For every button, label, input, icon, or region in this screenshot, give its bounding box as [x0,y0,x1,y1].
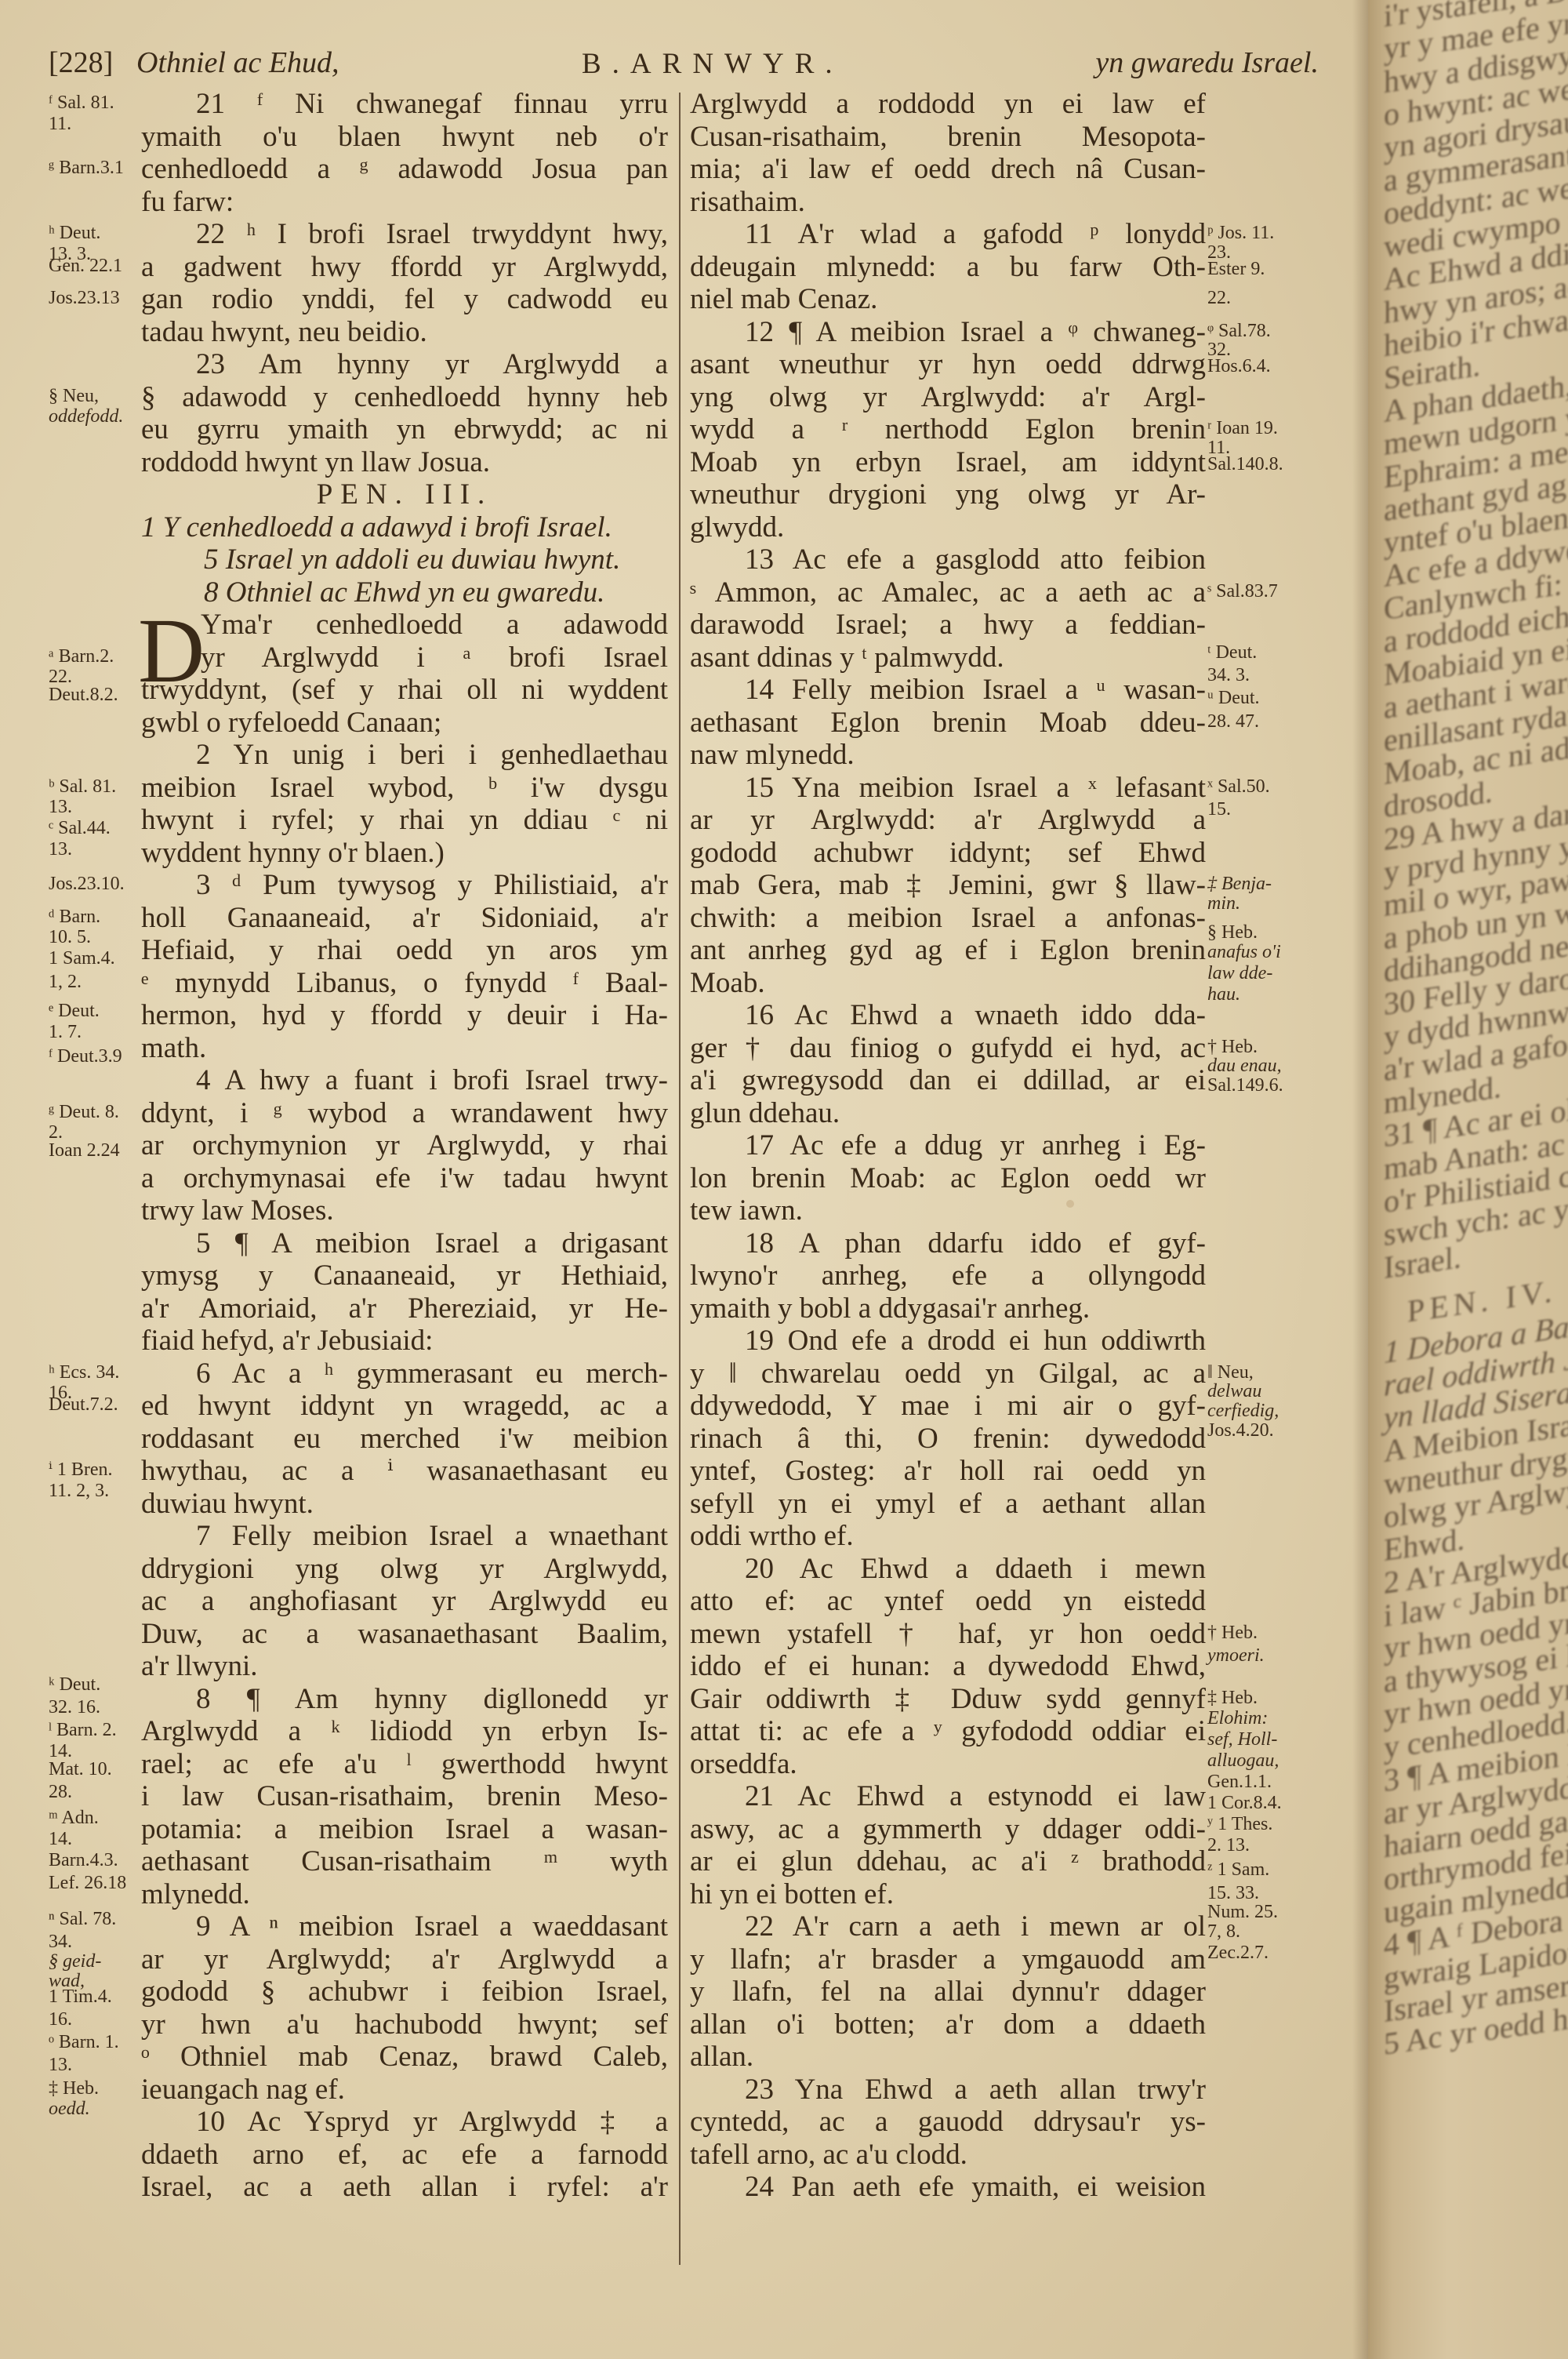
text-line: 21 Ac Ehwd a estynodd ei law [690,1780,1206,1813]
text-line: 16 Ac Ehwd a wnaeth iddo dda- [690,999,1206,1032]
margin-reference: Jos.23.10. [49,874,125,895]
text-line: mia; a'i law ef oedd drech nâ Cusan- [690,153,1206,186]
text-line: Cusan-risathaim, brenin Mesopota- [690,121,1206,154]
text-line: a gadwent hwy ffordd yr Arglwydd, [141,251,668,284]
text-line: asant wneuthur yr hyn oedd ddrwg [690,348,1206,381]
margin-reference: Deut.7.2. [49,1394,118,1416]
text-line: 6 Ac a ʰ gymmerasant eu merch- [141,1358,668,1390]
text-line: allan o'i botten; a'r dom a ddaeth [690,2008,1206,2041]
margin-reference: ˡ Barn. 2. [49,1720,117,1741]
margin-reference: 13. [49,839,72,860]
text-line: 23 Am hynny yr Arglwydd a [141,348,668,381]
margin-reference: 28. [49,1782,72,1803]
margin-reference: delwau [1207,1381,1261,1402]
text-line: hwythau, ac a ⁱ wasanaethasant eu [141,1455,668,1488]
margin-reference: 34. [49,1932,72,1953]
margin-reference: Barn.4.3. [49,1850,118,1871]
margin-reference: Deut.8.2. [49,685,118,706]
margin-reference: ᵠ Sal.78. [1207,321,1271,342]
text-line: asant ddinas y ᵗ palmwydd. [690,642,1206,674]
margin-reference: 10. 5. [49,927,91,948]
text-line: hi yn ei botten ef. [690,1878,1206,1911]
text-line: Moab yn erbyn Israel, am iddynt [690,446,1206,479]
margin-reference: 1 Cor.8.4. [1207,1793,1282,1814]
text-line: a orchymynasai efe i'w tadau hwynt [141,1162,668,1195]
text-line: rael; ac efe a'u ˡ gwerthodd hwynt [141,1748,668,1781]
page-number: [228] [49,45,113,80]
margin-reference: ymoeri. [1207,1645,1265,1667]
text-line: 13 Ac efe a gasglodd atto feibion [690,543,1206,576]
text-line: orseddfa. [690,1748,1206,1781]
text-line: 18 A phan ddarfu iddo ef gyf- [690,1227,1206,1260]
text-line: gododd achubwr iddynt; sef Ehwd [690,837,1206,870]
text-line: aethasant Eglon brenin Moab ddeu- [690,707,1206,740]
margin-reference: Sal.149.6. [1207,1075,1283,1096]
text-line: fiaid hefyd, a'r Jebusiaid: [141,1325,668,1358]
margin-reference: 1 Tim.4. [49,1986,112,2008]
margin-reference: § Heb. [1207,922,1258,943]
text-line: ddrygioni yng olwg yr Arglwydd, [141,1553,668,1586]
margin-reference: ᶠ Sal. 81. [49,93,114,114]
text-line: lwyno'r anrheg, efe a ollyngodd [690,1259,1206,1292]
text-line: 1 Y cenhedloedd a adawyd i brofi Israel. [141,511,668,544]
margin-reference: Num. 25. [1207,1902,1278,1923]
text-line: 23 Yna Ehwd a aeth allan trwy'r [690,2074,1206,2106]
text-line: ᵒ Othniel mab Cenaz, brawd Caleb, [141,2041,668,2074]
text-line: aswy, ac a gymmerth y ddager oddi- [690,1813,1206,1846]
text-line: Gair oddiwrth ‡ Dduw sydd gennyf [690,1683,1206,1716]
text-line: yr hwn a'u hachubodd hwynt; sef [141,2008,668,2041]
margin-reference: ᶻ 1 Sam. [1207,1859,1269,1881]
margin-reference: ᵖ Jos. 11. [1207,223,1274,244]
text-line: ᵉ mynydd Libanus, o fynydd ᶠ Baal- [141,967,668,1000]
margin-reference: 11. [49,114,71,135]
text-line: wneuthur drygioni yng olwg yr Ar- [690,478,1206,511]
text-line: a'r Amoriaid, a'r Phereziaid, yr He- [141,1292,668,1325]
margin-reference: ᵐ Adn. [49,1808,99,1829]
text-line: roddodd hwynt yn llaw Josua. [141,446,668,479]
text-line: ar yr Arglwydd: a'r Arglwydd a [690,804,1206,837]
margin-reference: ˣ Sal.50. [1207,776,1270,798]
text-line: ddaeth arno ef, ac efe a farnodd [141,2139,668,2172]
text-line: niel mab Cenaz. [690,283,1206,316]
right-text-column: Arglwydd a roddodd yn ei law efCusan-ris… [690,88,1206,2204]
text-line: 9 A ⁿ meibion Israel a waeddasant [141,1910,668,1943]
margin-reference: ‡ Heb. [1207,1688,1258,1709]
text-line: Moab. [690,967,1206,1000]
text-line: ddywedodd, Y mae i mi air o gyf- [690,1390,1206,1423]
text-line: 4 A hwy a fuant i brofi Israel trwy- [141,1064,668,1097]
text-line: attat ti: ac efe a ʸ gyfododd oddiar ei [690,1715,1206,1748]
text-line: Yma'r cenhedloedd a adawodd [141,609,668,642]
column-rule [679,93,681,2265]
text-line: rinach â thi, O frenin: dywedodd [690,1423,1206,1456]
margin-reference: Ester 9. [1207,259,1265,280]
text-line: tafell arno, ac a'u clodd. [690,2139,1206,2172]
margin-reference: ᵍ Barn.3.1 [49,158,124,179]
text-line: gwbl o ryfeloedd Canaan; [141,707,668,740]
text-line: 11 A'r wlad a gafodd ᵖ lonydd [690,218,1206,251]
margin-reference: 22. [1207,288,1231,309]
text-line: 14 Felly meibion Israel a ᵘ wasan- [690,674,1206,707]
margin-reference: Elohim: [1207,1708,1268,1729]
text-line: trwy law Moses. [141,1194,668,1227]
facing-page-text: i'r ystafell, a Diau i eiyr y mae efe yn… [1384,0,1568,2061]
margin-reference: Mat. 10. [49,1759,112,1780]
text-line: ar orchymynion yr Arglwydd, y rhai [141,1129,668,1162]
margin-reference: ᵏ Deut. [49,1674,100,1696]
text-line: 5 Israel yn addoli eu duwiau hwynt. [141,543,668,576]
text-line: risathaim. [690,186,1206,219]
text-line: y llafn; a'r brasder a ymgauodd am [690,1943,1206,1976]
text-line: ymaith o'u blaen hwynt neb o'r [141,121,668,154]
margin-reference: ᵗ Deut. [1207,642,1257,663]
margin-reference: 14. [49,1829,72,1850]
text-line: 24 Pan aeth efe ymaith, ei weision [690,2171,1206,2204]
text-line: ˢ Ammon, ac Amalec, ac a aeth ac a [690,576,1206,609]
text-line: mab Gera, mab ‡ Jemini, gwr § llaw- [690,869,1206,902]
margin-reference: oedd. [49,2099,90,2120]
text-line: iddo ef ei hunan: a dywedodd Ehwd, [690,1650,1206,1683]
text-line: 8 ¶ Am hynny digllonedd yr [141,1683,668,1716]
margin-reference: ᵃ Barn.2. [49,646,114,667]
margin-reference: § Neu, [49,386,99,407]
text-line: glwydd. [690,511,1206,544]
text-line: sefyll yn ei ymyl ef a aethant allan [690,1488,1206,1521]
text-line: PEN. III. [141,478,668,511]
text-line: fu farw: [141,186,668,219]
margin-reference: ᶠ Deut.3.9 [49,1046,122,1067]
margin-reference: ʰ Ecs. 34. [49,1362,119,1383]
text-line: tew iawn. [690,1194,1206,1227]
margin-reference: Hos.6.4. [1207,356,1271,377]
text-line: eu gyrru ymaith yn ebrwydd; ac ni [141,413,668,446]
margin-reference: ⁿ Sal. 78. [49,1909,116,1930]
text-line: ddeugain mlynedd: a bu farw Oth- [690,251,1206,284]
text-line: atto ef: ac yntef oedd yn eistedd [690,1585,1206,1618]
margin-reference: alluogau, [1207,1750,1279,1772]
margin-reference: Zec.2.7. [1207,1943,1269,1964]
margin-reference: ᵇ Sal. 81. [49,776,116,798]
text-line: Arglwydd a roddodd yn ei law ef [690,88,1206,121]
margin-reference: Jos.4.20. [1207,1420,1274,1441]
margin-reference: ˢ Sal.83.7 [1207,581,1278,602]
margin-reference: 2. 13. [1207,1835,1250,1856]
margin-reference: hau. [1207,984,1240,1005]
text-line: 7 Felly meibion Israel a wnaethant [141,1520,668,1553]
margin-reference: 28. 47. [1207,711,1259,732]
text-line: § adawodd y cenhedloedd hynny heb [141,381,668,414]
text-line: trwyddynt, (sef y rhai oll ni wyddent [141,674,668,707]
margin-reference: 1, 2. [49,972,82,993]
text-line: allan. [690,2041,1206,2074]
margin-reference: 15. [1207,799,1231,820]
margin-reference: sef, Holl- [1207,1729,1277,1750]
margin-reference: ᵒ Barn. 1. [49,2032,119,2053]
text-line: meibion Israel wybod, ᵇ i'w dysgu [141,772,668,805]
margin-reference: 11. 2, 3. [49,1481,109,1502]
text-line: Duw, ac a wasanaethasant Baalim, [141,1618,668,1651]
running-header: [228] Othniel ac Ehud, B.ARNWYR. yn gwar… [49,45,1319,93]
margin-reference: † Heb. [1207,1623,1258,1644]
text-line: wyddent hynny o'r blaen.) [141,837,668,870]
margin-reference: ᵍ Deut. 8. [49,1102,119,1123]
left-text-column: D 21 ᶠ Ni chwanegaf finnau yrruymaith o'… [141,88,668,2204]
text-line: i law Cusan-risathaim, brenin Meso- [141,1780,668,1813]
margin-reference: † Heb. [1207,1037,1258,1058]
margin-reference: ᵉ Deut. [49,1001,100,1022]
margin-reference: 34. 3. [1207,665,1250,686]
text-line: ger † dau finiog o gufydd ei hyd, ac [690,1032,1206,1065]
text-line: ymysg y Canaaneaid, yr Hethiaid, [141,1259,668,1292]
facing-page: i'r ystafell, a Diau i eiyr y mae efe yn… [1368,0,1568,2359]
text-line: a'i gwregysodd dan ei ddillad, ar ei [690,1064,1206,1097]
text-line: ant anrheg gyd ag ef i Eglon brenin [690,934,1206,967]
text-line: ieuangach nag ef. [141,2074,668,2106]
text-line: a'r llwyni. [141,1650,668,1683]
text-line: yntef, Gosteg: a'r holl rai oedd yn [690,1455,1206,1488]
text-line: 22 ʰ I brofi Israel trwyddynt hwy, [141,218,668,251]
margin-reference: ʸ 1 Thes. [1207,1814,1272,1835]
margin-reference: anafus o'i [1207,942,1281,963]
margin-reference: 1. 7. [49,1022,82,1043]
text-line: 20 Ac Ehwd a ddaeth i mewn [690,1553,1206,1586]
text-line: mewn ystafell † haf, yr hon oedd [690,1618,1206,1651]
text-line: math. [141,1032,668,1065]
margin-reference: Lef. 26.18 [49,1873,126,1894]
margin-reference: § geid- [49,1951,101,1972]
text-line: aethasant Cusan-risathaim ᵐ wyth [141,1845,668,1878]
text-line: ac a anghofiasant yr Arglwydd eu [141,1585,668,1618]
text-line: holl Ganaaneaid, a'r Sidoniaid, a'r [141,902,668,935]
text-line: roddasant eu merched i'w meibion [141,1423,668,1456]
margin-reference: ᶜ Sal.44. [49,818,111,839]
drop-cap: D [138,612,205,690]
margin-reference: ‡ Heb. [49,2078,99,2099]
text-line: hwynt i ryfel; y rhai yn ddiau ᶜ ni [141,804,668,837]
text-line: ar ei glun ddehau, ac a'i ᶻ brathodd [690,1845,1206,1878]
margin-reference: Sal.140.8. [1207,454,1283,475]
margin-reference: ᵘ Deut. [1207,688,1260,709]
text-line: 8 Othniel ac Ehwd yn eu gwaredu. [141,576,668,609]
text-line: 10 Ac Yspryd yr Arglwydd ‡ a [141,2106,668,2139]
margin-reference: cerfiedig, [1207,1401,1279,1422]
margin-reference: min. [1207,893,1240,914]
text-line: yr Arglwydd i ᵃ brofi Israel [141,642,668,674]
margin-reference: dau enau, [1207,1056,1282,1077]
text-line: ed hwynt iddynt yn wragedd, ac a [141,1390,668,1423]
text-line: cyntedd, ac a gauodd ddrysau'r ys- [690,2106,1206,2139]
text-line: 22 A'r carn a aeth i mewn ar ol [690,1910,1206,1943]
margin-reference: 1 Sam.4. [49,948,115,969]
margin-reference: 32. 16. [49,1697,100,1718]
margin-reference: oddefodd. [49,406,123,427]
margin-reference: Ioan 2.24 [49,1140,120,1161]
margin-reference: 15. 33. [1207,1883,1259,1904]
text-line: hermon, hyd y ffordd y deuir i Ha- [141,999,668,1032]
margin-reference: ʰ Deut. [49,223,100,244]
text-line: tadau hwynt, neu beidio. [141,316,668,349]
text-line: mlynedd. [141,1878,668,1911]
text-line: duwiau hwynt. [141,1488,668,1521]
text-line: ymaith y bobl a ddygasai'r anrheg. [690,1292,1206,1325]
text-line: yng olwg yr Arglwydd: a'r Argl- [690,381,1206,414]
margin-reference: 13. [49,2055,72,2076]
text-line: ar yr Arglwydd; a'r Arglwydd a [141,1943,668,1976]
margin-reference: law dde- [1207,963,1272,984]
text-line: ddynt, i ᵍ wybod a wrandawent hwy [141,1097,668,1130]
text-line: cenhedloedd a ᵍ adawodd Josua pan [141,153,668,186]
text-line: y ‖ chwarelau oedd yn Gilgal, ac a [690,1358,1206,1390]
margin-reference: ‖ Neu, [1207,1362,1254,1383]
margin-reference: ⁱ 1 Bren. [49,1459,112,1481]
margin-reference: 16. [49,2009,72,2030]
text-line: oddi wrtho ef. [690,1520,1206,1553]
text-line: 21 ᶠ Ni chwanegaf finnau yrru [141,88,668,121]
text-line: 2 Yn unig i beri i genhedlaethau [141,739,668,772]
text-line: wydd a ʳ nerthodd Eglon brenin [690,413,1206,446]
book-page: [228] Othniel ac Ehud, B.ARNWYR. yn gwar… [0,0,1368,2359]
text-line: chwith: a meibion Israel a anfonas- [690,902,1206,935]
text-line: gododd § achubwr i feibion Israel, [141,1976,668,2008]
text-line: naw mlynedd. [690,739,1206,772]
margin-reference: Gen. 22.1 [49,256,122,277]
text-line: Arglwydd a ᵏ lidiodd yn erbyn Is- [141,1715,668,1748]
margin-reference: Gen.1.1. [1207,1772,1272,1793]
text-line: 5 ¶ A meibion Israel a drigasant [141,1227,668,1260]
header-right-title: yn gwaredu Israel. [1095,45,1319,80]
text-line: 19 Ond efe a drodd ei hun oddiwrth [690,1325,1206,1358]
text-line: gan rodio ynddi, fel y cadwodd eu [141,283,668,316]
text-line: 3 ᵈ Pum tywysog y Philistiaid, a'r [141,869,668,902]
text-line: 15 Yna meibion Israel a ˣ lefasant [690,772,1206,805]
text-line: y llafn, fel na allai dynnu'r ddager [690,1976,1206,2008]
book-title: B.ARNWYR. [582,47,844,81]
text-line: darawodd Israel; a hwy a feddian- [690,609,1206,642]
text-line: 12 ¶ A meibion Israel a ᵠ chwaneg- [690,316,1206,349]
text-line: 17 Ac efe a ddug yr anrheg i Eg- [690,1129,1206,1162]
margin-reference: ᵈ Barn. [49,907,100,928]
text-line: potamia: a meibion Israel a wasan- [141,1813,668,1846]
text-line: lon brenin Moab: ac Eglon oedd wr [690,1162,1206,1195]
text-line: Israel, ac a aeth allan i ryfel: a'r [141,2171,668,2204]
margin-reference: 13. [49,797,72,818]
header-left-title: Othniel ac Ehud, [136,45,339,80]
text-line: glun ddehau. [690,1097,1206,1130]
margin-reference: ‡ Benja- [1207,874,1272,895]
margin-reference: ʳ Ioan 19. [1207,418,1278,439]
text-line: Hefiaid, y rhai oedd yn aros ym [141,934,668,967]
margin-reference: Jos.23.13 [49,288,120,309]
margin-reference: 7, 8. [1207,1921,1240,1943]
